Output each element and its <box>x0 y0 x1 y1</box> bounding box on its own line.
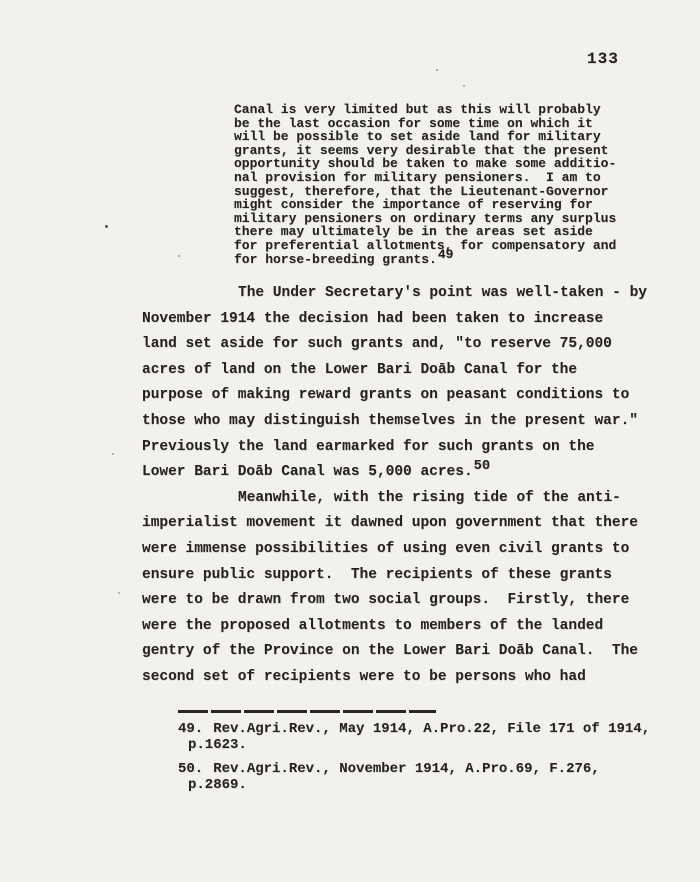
quote-line: opportunity should be taken to make some… <box>234 157 616 171</box>
body-line: those who may distinguish themselves in … <box>142 409 647 435</box>
body-final-text: Lower Bari Doāb Canal was 5,000 acres. <box>142 464 473 480</box>
body-text: The Under Secretary's point was well-tak… <box>142 281 647 691</box>
body-line: were immense possibilities of using even… <box>142 537 647 563</box>
quote-line: suggest, therefore, that the Lieutenant-… <box>234 185 616 199</box>
footnote-50: 50.Rev.Agri.Rev., November 1914, A.Pro.6… <box>178 762 600 793</box>
body-line: were the proposed allotments to members … <box>142 614 647 640</box>
body-line: land set aside for such grants and, "to … <box>142 332 647 358</box>
footnote-number: 50. <box>178 761 203 777</box>
quote-line: there may ultimately be in the areas set… <box>234 225 616 239</box>
body-line: Meanwhile, with the rising tide of the a… <box>142 486 647 512</box>
footnote-number: 49. <box>178 721 203 737</box>
body-line: purpose of making reward grants on peasa… <box>142 383 647 409</box>
body-final-line-para1: Lower Bari Doāb Canal was 5,000 acres.50 <box>142 460 647 486</box>
scanned-document-page: 133 Canal is very limited but as this wi… <box>0 0 700 882</box>
body-line: gentry of the Province on the Lower Bari… <box>142 639 647 665</box>
page-number: 133 <box>587 50 619 68</box>
body-line: were to be drawn from two social groups.… <box>142 588 647 614</box>
quote-line: nal provision for military pensioners. I… <box>234 171 616 185</box>
quote-line: grants, it seems very desirable that the… <box>234 144 616 158</box>
footnote-line: 49.Rev.Agri.Rev., May 1914, A.Pro.22, Fi… <box>178 722 650 738</box>
footnote-separator-rule <box>178 710 436 713</box>
quote-line: be the last occasion for some time on wh… <box>234 117 616 131</box>
quote-line: will be possible to set aside land for m… <box>234 130 616 144</box>
scan-speck <box>112 453 114 455</box>
scan-speck <box>118 592 120 594</box>
body-line: The Under Secretary's point was well-tak… <box>142 281 647 307</box>
footnote-ref-50: 50 <box>474 459 491 474</box>
block-quotation: Canal is very limited but as this will p… <box>234 103 616 266</box>
quote-line: military pensioners on ordinary terms an… <box>234 212 616 226</box>
footnote-49: 49.Rev.Agri.Rev., May 1914, A.Pro.22, Fi… <box>178 722 650 753</box>
scan-speck <box>436 69 438 71</box>
scan-speck <box>178 255 180 257</box>
body-line: November 1914 the decision had been take… <box>142 307 647 333</box>
body-line: second set of recipients were to be pers… <box>142 665 647 691</box>
quote-final-text: for horse-breeding grants. <box>234 252 437 267</box>
quote-line: for preferential allotments, for compens… <box>234 239 616 253</box>
footnote-continuation: p.1623. <box>178 738 650 754</box>
body-line: ensure public support. The recipients of… <box>142 563 647 589</box>
body-line: imperialist movement it dawned upon gove… <box>142 511 647 537</box>
footnote-text: Rev.Agri.Rev., November 1914, A.Pro.69, … <box>213 761 599 777</box>
quote-line: might consider the importance of reservi… <box>234 198 616 212</box>
scan-speck <box>463 85 465 87</box>
body-line: Previously the land earmarked for such g… <box>142 435 647 461</box>
quote-final-line: for horse-breeding grants.49 <box>234 253 616 267</box>
quote-line: Canal is very limited but as this will p… <box>234 103 616 117</box>
scan-speck <box>105 225 108 228</box>
footnote-continuation: p.2869. <box>178 778 600 794</box>
footnote-line: 50.Rev.Agri.Rev., November 1914, A.Pro.6… <box>178 762 600 778</box>
footnote-ref-49: 49 <box>438 247 454 262</box>
body-line: acres of land on the Lower Bari Doāb Can… <box>142 358 647 384</box>
footnote-text: Rev.Agri.Rev., May 1914, A.Pro.22, File … <box>213 721 650 737</box>
